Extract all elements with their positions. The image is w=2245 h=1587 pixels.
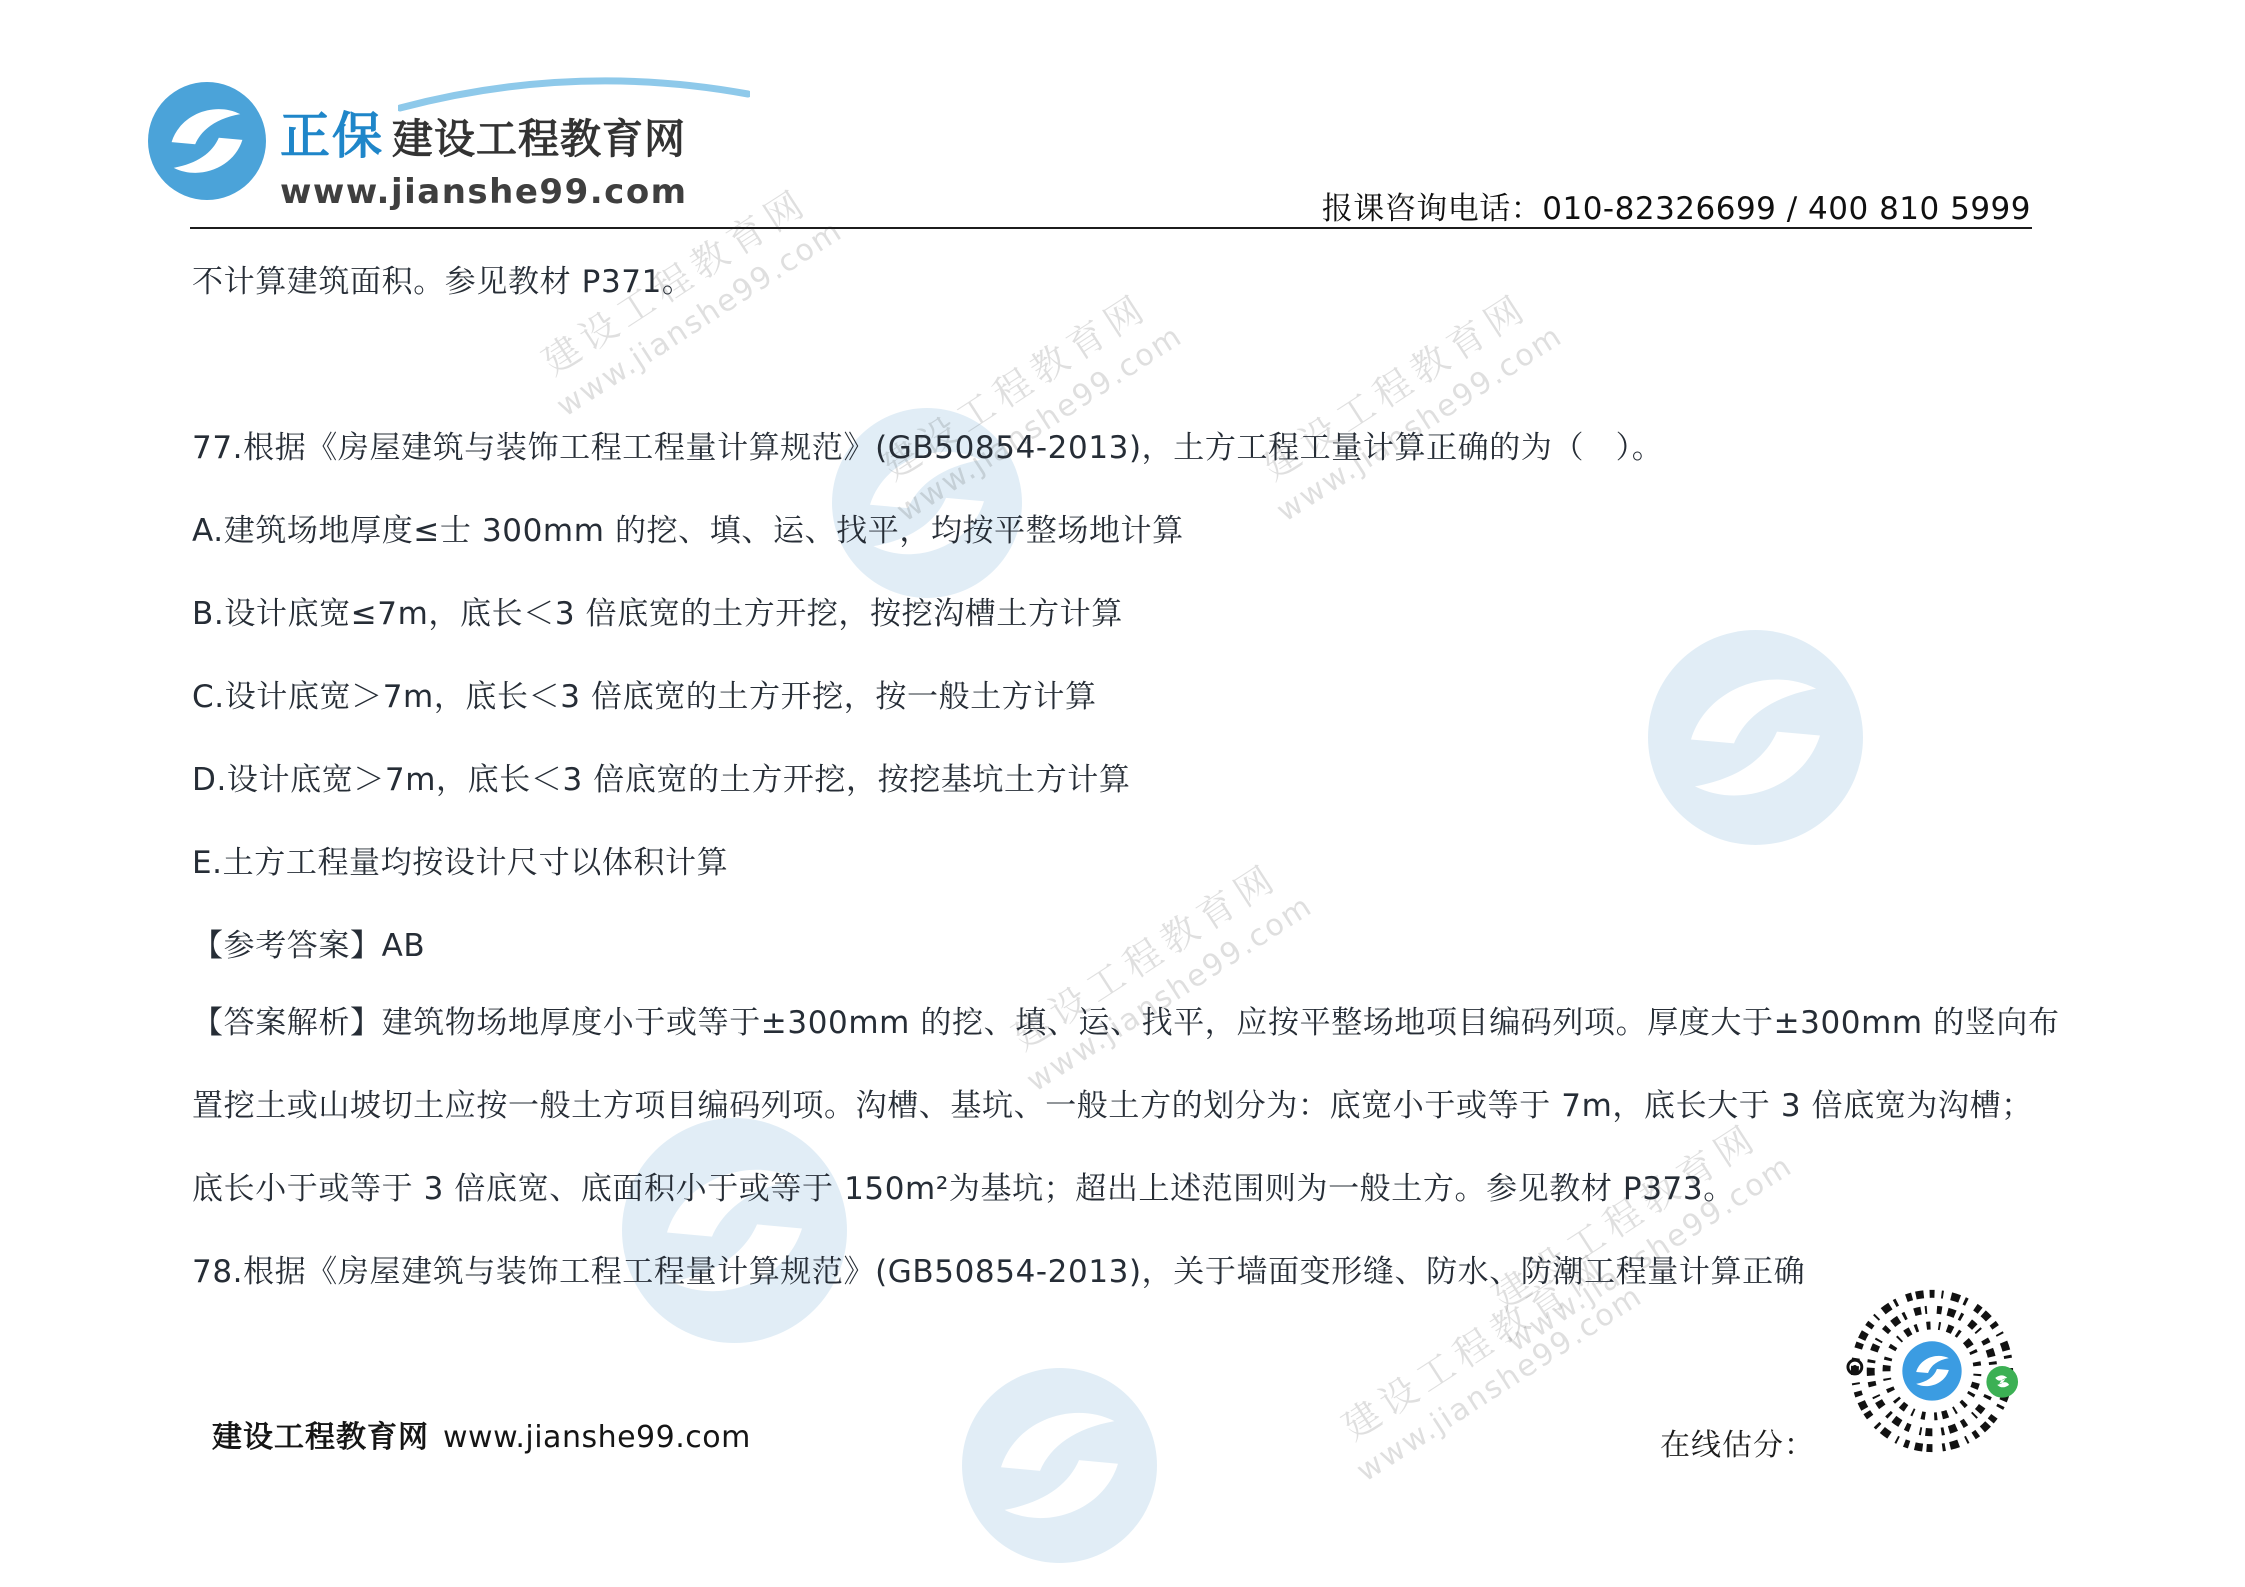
footer-site-name: 建设工程教育网: [212, 1420, 429, 1455]
document-page: 建设工程教育网 www.jianshe99.com 建设工程教育网 www.ji…: [0, 0, 2245, 1587]
reference-answer: 【参考答案】AB: [192, 926, 425, 966]
watermark-logo-circle: [962, 1368, 1157, 1563]
watermark-text: 建设工程教育网 www.jianshe99.com: [863, 276, 1190, 531]
footer-site-url: www.jianshe99.com: [443, 1420, 751, 1455]
answer-analysis-line-1: 【答案解析】建筑物场地厚度小于或等于±300mm 的挖、填、运、找平，应按平整场…: [192, 1003, 2060, 1043]
watermark-text: 建设工程教育网 www.jianshe99.com: [993, 846, 1320, 1101]
answer-analysis-line-2: 置挖土或山坡切土应按一般土方项目编码列项。沟槽、基坑、一般土方的划分为：底宽小于…: [192, 1086, 2033, 1126]
logo-brand-name: 正保: [280, 96, 384, 168]
paragraph-note: 不计算建筑面积。参见教材 P371。: [192, 262, 694, 302]
question-77-stem: 77.根据《房屋建筑与装饰工程工程量计算规范》(GB50854-2013)，土方…: [192, 428, 1663, 468]
watermark-logo-circle: [622, 1118, 847, 1343]
watermark-text: 建设工程教育网 www.jianshe99.com: [1473, 1106, 1800, 1361]
logo-text-block: 正保 建设工程教育网 www.jianshe99.com: [280, 82, 688, 212]
logo-z-icon: [148, 82, 266, 200]
answer-analysis-line-3: 底长小于或等于 3 倍底宽、底面积小于或等于 150m²为基坑；超出上述范围则为…: [192, 1169, 1735, 1209]
watermark-text: 建设工程教育网 www.jianshe99.com: [1243, 276, 1570, 531]
logo-site-url: www.jianshe99.com: [280, 172, 688, 212]
question-78-stem: 78.根据《房屋建筑与装饰工程工程量计算规范》(GB50854-2013)，关于…: [192, 1252, 1805, 1292]
consult-phone-text: 报课咨询电话：010-82326699 / 400 810 5999: [1322, 183, 2031, 228]
mini-program-qr-code: [1843, 1278, 2021, 1460]
site-logo: 正保 建设工程教育网 www.jianshe99.com: [148, 82, 688, 212]
online-score-label: 在线估分：: [1660, 1420, 1815, 1464]
question-77-option-d: D.设计底宽＞7m，底长＜3 倍底宽的土方开挖，按挖基坑土方计算: [192, 760, 1130, 800]
logo-brand-suffix: 建设工程教育网: [392, 106, 686, 165]
question-77-option-e: E.土方工程量均按设计尺寸以体积计算: [192, 843, 728, 883]
footer-site-info: 建设工程教育网www.jianshe99.com: [212, 1412, 751, 1456]
question-77-option-c: C.设计底宽＞7m，底长＜3 倍底宽的土方开挖，按一般土方计算: [192, 677, 1097, 717]
question-77-option-b: B.设计底宽≤7m，底长＜3 倍底宽的土方开挖，按挖沟槽土方计算: [192, 594, 1123, 634]
question-77-option-a: A.建筑场地厚度≤士 300mm 的挖、填、运、找平，均按平整场地计算: [192, 511, 1184, 551]
watermark-logo-circle: [1648, 630, 1863, 845]
header-divider: [190, 227, 2032, 229]
